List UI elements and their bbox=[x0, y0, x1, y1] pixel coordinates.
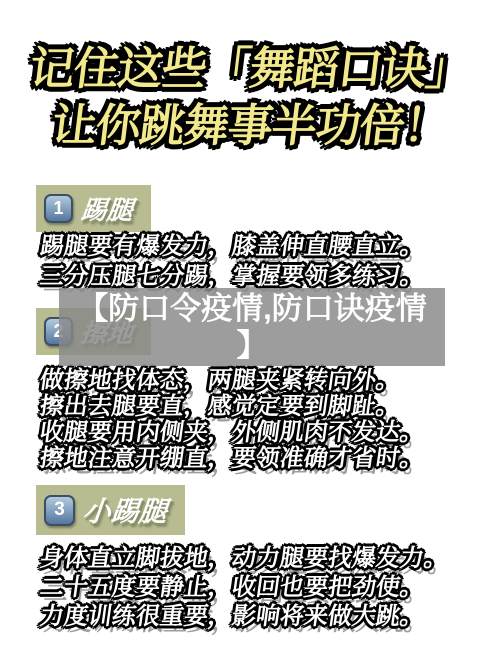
verse-line: 擦出去腿要直，感觉定要到脚趾。 bbox=[38, 394, 426, 420]
title-line-1: 记住这些「舞蹈口诀」 bbox=[0, 40, 500, 97]
verse-line: 力度训练很重要，影响将来做大跳。 bbox=[38, 602, 450, 631]
watermark-line-1: 【防口令疫情,防口诀疫情 bbox=[77, 290, 427, 327]
dance-tips-poster: 记住这些「舞蹈口诀」 让你跳舞事半功倍！ 1 踢腿 踢腿要有爆发力，膝盖伸直腰直… bbox=[0, 0, 500, 666]
section-1-verse: 踢腿要有爆发力，膝盖伸直腰直立。 三分压腿七分踢，掌握要领多练习。 bbox=[38, 232, 422, 292]
watermark-line-2: 】 bbox=[237, 327, 268, 364]
poster-title: 记住这些「舞蹈口诀」 让你跳舞事半功倍！ bbox=[0, 40, 500, 154]
section-1-number-badge: 1 bbox=[44, 194, 73, 223]
verse-line: 擦地注意开绷直，要领准确才省时。 bbox=[38, 446, 426, 472]
verse-line: 做擦地找体态，两腿夹紧转向外。 bbox=[38, 368, 426, 394]
verse-line: 二十五度要静止，收回也要把劲使。 bbox=[38, 573, 450, 602]
verse-line: 身体直立脚拔地，动力腿要找爆发力。 bbox=[38, 544, 450, 573]
watermark-overlay: 【防口令疫情,防口诀疫情 】 bbox=[59, 288, 445, 366]
verse-line: 收腿要用内侧夹，外侧肌肉不发达。 bbox=[38, 420, 426, 446]
section-3-number-badge: 3 bbox=[44, 495, 75, 526]
section-1-label: 1 踢腿 bbox=[36, 185, 151, 232]
section-3-label-text: 小踢腿 bbox=[81, 490, 169, 530]
title-line-2: 让你跳舞事半功倍！ bbox=[0, 97, 500, 154]
section-2-verse: 做擦地找体态，两腿夹紧转向外。 擦出去腿要直，感觉定要到脚趾。 收腿要用内侧夹，… bbox=[38, 368, 422, 472]
verse-line: 踢腿要有爆发力，膝盖伸直腰直立。 bbox=[38, 232, 426, 262]
section-3-verse: 身体直立脚拔地，动力腿要找爆发力。 二十五度要静止，收回也要把劲使。 力度训练很… bbox=[38, 544, 446, 631]
section-3-label: 3 小踢腿 bbox=[36, 485, 185, 535]
section-1-label-text: 踢腿 bbox=[79, 190, 135, 227]
